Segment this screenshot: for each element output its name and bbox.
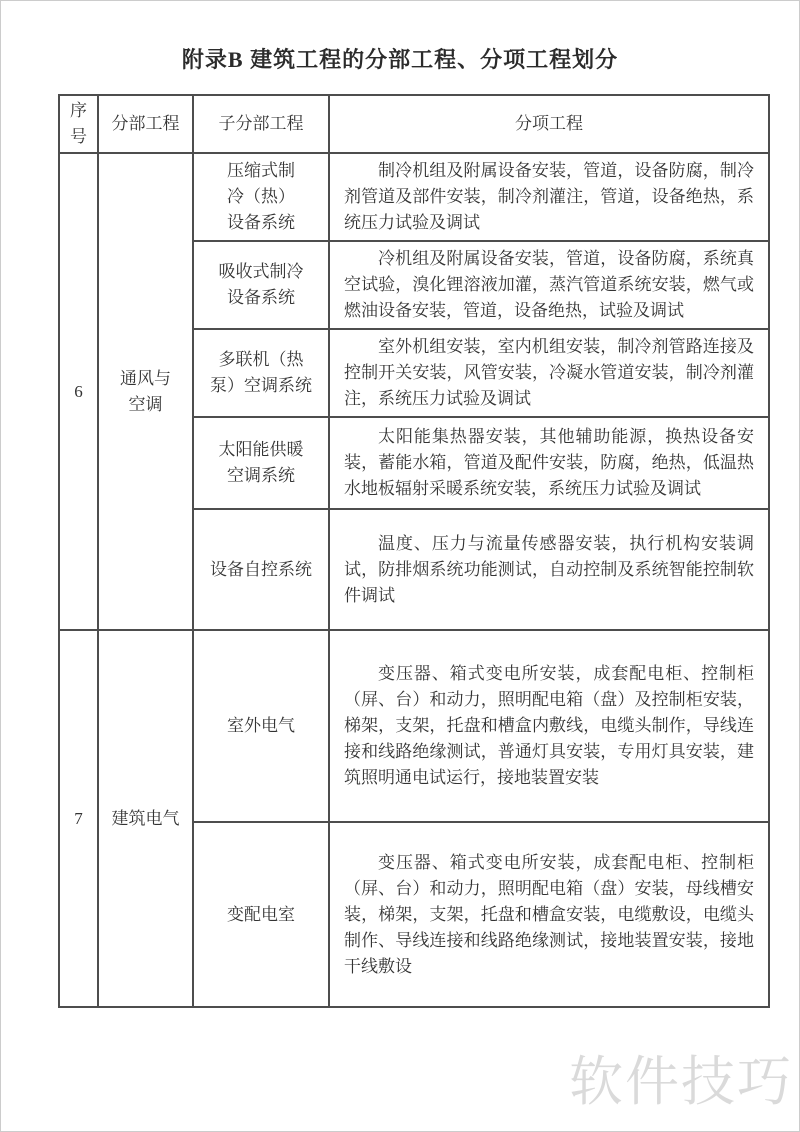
- division-table: 序号 分部工程 子分部工程 分项工程 6 通风与空调 压缩式制冷（热）设备系统 …: [58, 94, 770, 1008]
- work-items: 太阳能集热器安装，其他辅助能源，换热设备安装，蓄能水箱，管道及配件安装，防腐，绝…: [329, 417, 769, 509]
- work-items: 制冷机组及附属设备安装，管道，设备防腐，制冷剂管道及部件安装，制冷剂灌注，管道，…: [329, 153, 769, 241]
- table-header-row: 序号 分部工程 子分部工程 分项工程: [59, 95, 769, 153]
- subdivision-label: 室外电气: [227, 713, 295, 739]
- table-row: 6 通风与空调 压缩式制冷（热）设备系统 制冷机组及附属设备安装，管道，设备防腐…: [59, 153, 769, 241]
- subdivision-label: 吸收式制冷设备系统: [202, 259, 320, 311]
- subdivision-name: 室外电气: [193, 630, 329, 822]
- work-items: 温度、压力与流量传感器安装，执行机构安装调试，防排烟系统功能测试，自动控制及系统…: [329, 509, 769, 630]
- division-name-7: 建筑电气: [98, 630, 193, 1007]
- work-items: 室外机组安装，室内机组安装，制冷剂管路连接及控制开关安装，风管安装，冷凝水管道安…: [329, 329, 769, 417]
- subdivision-name: 多联机（热泵）空调系统: [193, 329, 329, 417]
- document-title: 附录B 建筑工程的分部工程、分项工程划分: [1, 43, 799, 74]
- work-items: 冷机组及附属设备安装，管道，设备防腐，系统真空试验，溴化锂溶液加灌，蒸汽管道系统…: [329, 241, 769, 329]
- subdivision-label: 多联机（热泵）空调系统: [202, 347, 320, 399]
- section-no-6: 6: [59, 153, 98, 630]
- subdivision-label: 太阳能供暖空调系统: [202, 437, 320, 489]
- subdivision-name: 变配电室: [193, 822, 329, 1007]
- col-header-division: 分部工程: [98, 95, 193, 153]
- subdivision-name: 设备自控系统: [193, 509, 329, 630]
- subdivision-label: 变配电室: [227, 902, 295, 928]
- table-row: 7 建筑电气 室外电气 变压器、箱式变电所安装，成套配电柜、控制柜（屏、台）和动…: [59, 630, 769, 822]
- work-items: 变压器、箱式变电所安装，成套配电柜、控制柜（屏、台）和动力，照明配电箱（盘）及控…: [329, 630, 769, 822]
- col-header-subdivision: 子分部工程: [193, 95, 329, 153]
- division-name-6: 通风与空调: [98, 153, 193, 630]
- subdivision-name: 太阳能供暖空调系统: [193, 417, 329, 509]
- watermark: 软件技巧: [569, 1039, 793, 1116]
- division-label: 通风与空调: [110, 366, 181, 418]
- subdivision-name: 吸收式制冷设备系统: [193, 241, 329, 329]
- work-items: 变压器、箱式变电所安装，成套配电柜、控制柜（屏、台）和动力，照明配电箱（盘）安装…: [329, 822, 769, 1007]
- col-header-items: 分项工程: [329, 95, 769, 153]
- section-no-7: 7: [59, 630, 98, 1007]
- document-page: 附录B 建筑工程的分部工程、分项工程划分 序号 分部工程 子分部工程 分项工程 …: [0, 0, 800, 1132]
- subdivision-name: 压缩式制冷（热）设备系统: [193, 153, 329, 241]
- subdivision-label: 设备自控系统: [210, 557, 312, 583]
- subdivision-label: 压缩式制冷（热）设备系统: [202, 158, 320, 236]
- division-label: 建筑电气: [112, 806, 180, 832]
- col-header-no: 序号: [59, 95, 98, 153]
